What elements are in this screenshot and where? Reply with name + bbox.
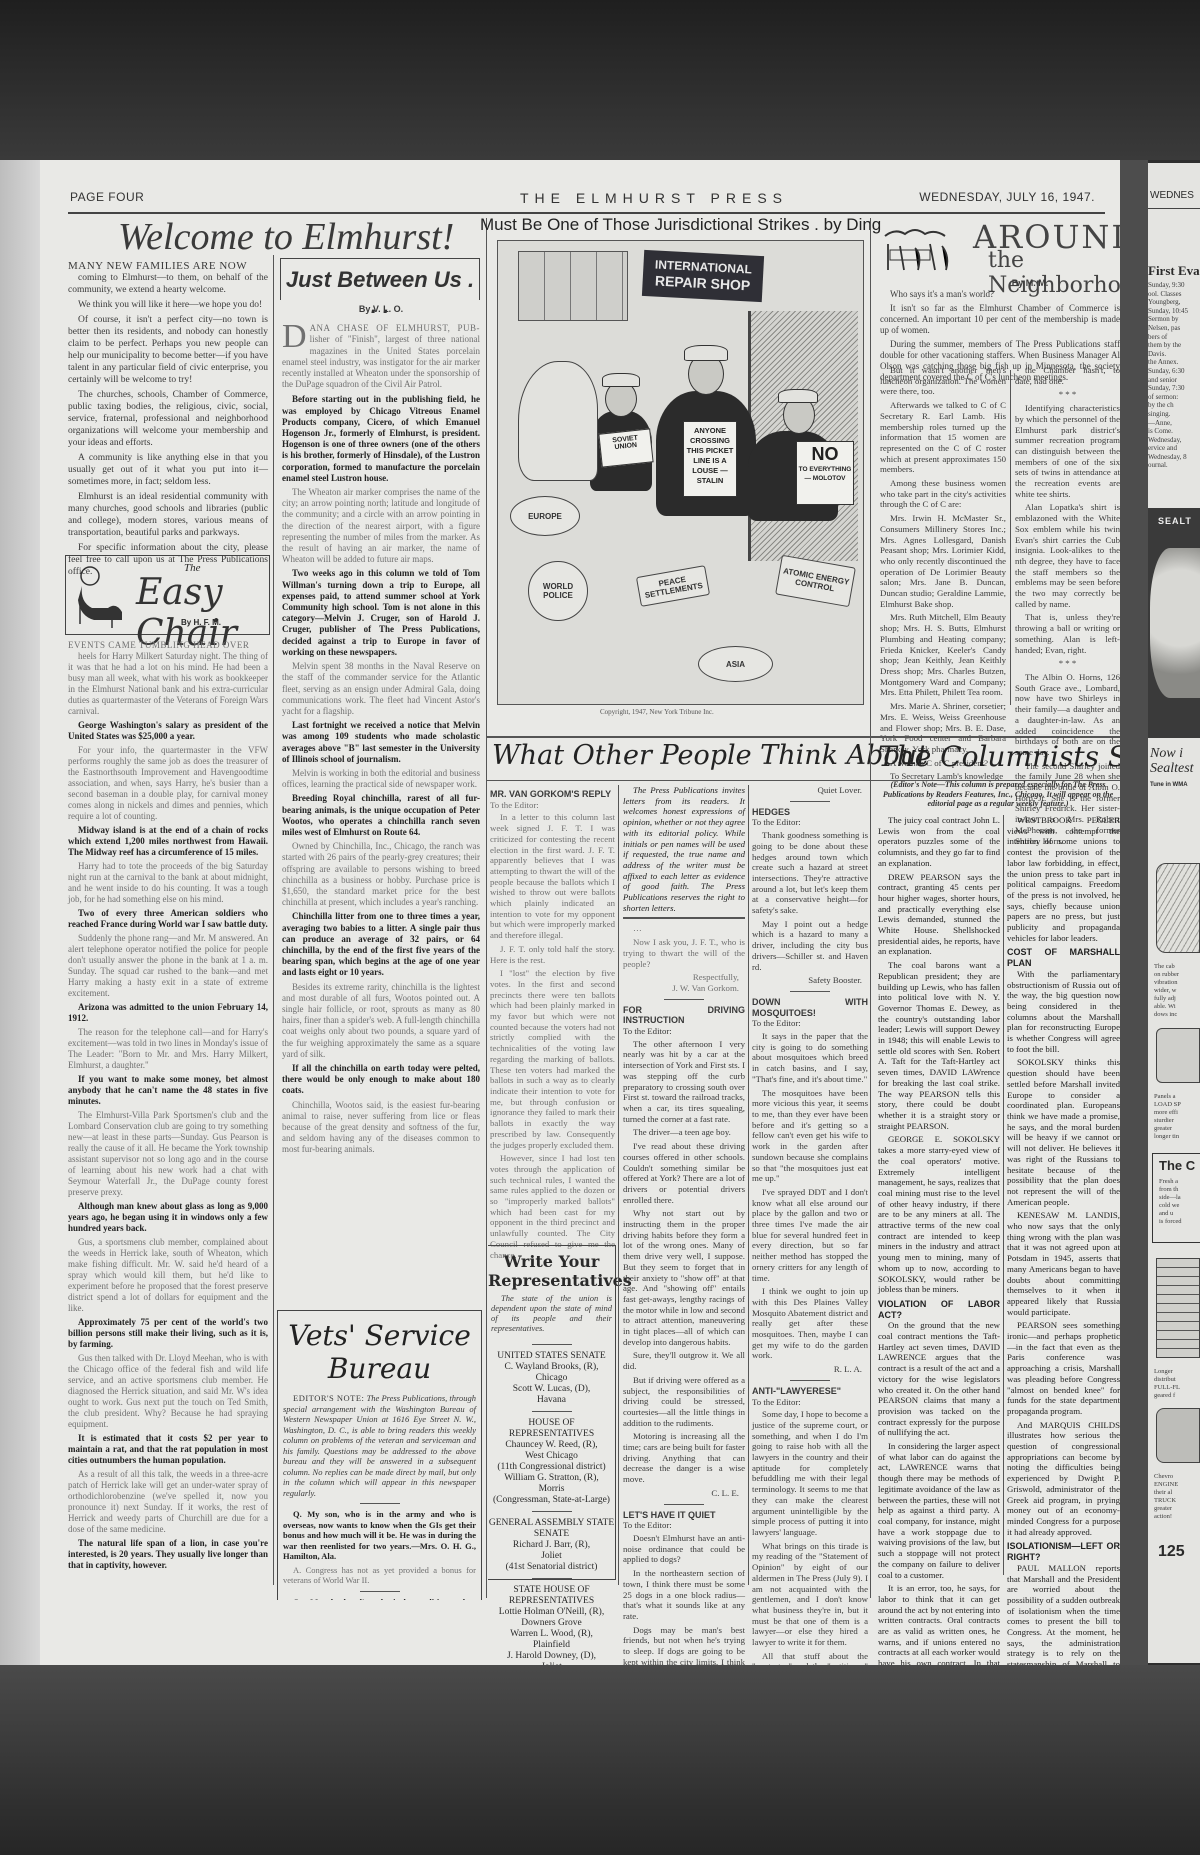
column-rule — [273, 255, 274, 1585]
columnists-right-col: WESTBROOK PEGLER views with contempt the… — [1007, 815, 1120, 1665]
item: Owned by Chinchilla, Inc., Chicago, the … — [282, 841, 480, 908]
easy-chair-icon — [72, 562, 132, 632]
page-number: PAGE FOUR — [70, 190, 144, 204]
column-rule — [870, 218, 871, 1598]
letter-signoff: Respectfully, J. W. Van Gorkom. — [623, 972, 739, 993]
repair-shop-sign: INTERNATIONAL REPAIR SHOP — [642, 250, 764, 302]
paragraph: coming to Elmhurst—to them, on behalf of… — [68, 272, 268, 296]
letter-signoff: R. L. A. — [752, 1364, 862, 1375]
vets-title: Vets' Service Bureau — [278, 1319, 481, 1385]
paragraph: It isn't so far as the Elmhurst Chamber … — [880, 303, 1120, 336]
letter-headline: MR. VAN GORKOM'S REPLY — [490, 789, 615, 800]
editorial-cartoon: INTERNATIONAL REPAIR SHOP SOVIET UNION A… — [497, 240, 864, 705]
paragraph: We think you will like it here—we hope y… — [68, 299, 268, 311]
uncle-sam-figure — [518, 361, 598, 481]
paragraph: Of course, it isn't a perfect city—no to… — [68, 314, 268, 386]
letters-col-2: The Press Publications invites letters f… — [623, 785, 745, 1665]
item: Gus, a sportsmens club member, complaine… — [68, 1237, 268, 1314]
page-gutter — [1120, 160, 1148, 1665]
item: heels for Harry Milkert Saturday night. … — [68, 651, 268, 717]
item: If all the chinchilla on earth today wer… — [282, 1063, 480, 1097]
easy-chair-header: The Easy Chair By H. F. M. — [65, 555, 270, 635]
placard-stalin: ANYONE CROSSING THIS PICKET LINE IS A LO… — [683, 421, 737, 497]
item: Suddenly the phone rang—and Mr. M answer… — [68, 933, 268, 999]
church-heading: First Evan — [1148, 263, 1200, 279]
facing-page-edge: WEDNES First Evan Sunday, 9:30 ool. Clas… — [1148, 163, 1200, 1663]
letters-policy: The Press Publications invites letters f… — [623, 785, 745, 913]
editors-note: EDITOR'S NOTE: The Press Publications, t… — [283, 1393, 476, 1498]
label-atomic-energy: ATOMIC ENERGY CONTROL — [775, 555, 856, 607]
paragraph: Mrs. Ruth Mitchell, Elm Beauty shop; Mrs… — [880, 612, 1006, 698]
item: George Washington's salary as president … — [68, 720, 268, 742]
lead: ANA CHASE OF ELMHURST, PUB- — [310, 323, 480, 333]
easy-chair-byline: By H. F. M. — [181, 618, 221, 627]
welcome-article: MANY NEW FAMILIES ARE NOW coming to Elmh… — [68, 260, 268, 581]
letters-col-3: Quiet Lover. HEDGES To the Editor: Thank… — [752, 785, 868, 1665]
columnists-headline: The Columnists Say: — [878, 740, 1120, 773]
neighborhood-sketch-icon — [880, 224, 960, 274]
item: Two weeks ago in this column we told of … — [282, 568, 480, 658]
just-between-us-header: Just Between Us . . . — [280, 258, 480, 300]
item: Before starting out in the publishing fi… — [282, 394, 480, 484]
nameplate: THE ELMHURST PRESS — [520, 190, 788, 206]
just-between-us-byline: By V. L. O. — [282, 304, 480, 315]
letters-headline: What Other People Think About — [492, 740, 928, 771]
issue-date: WEDNESDAY, JULY 16, 1947. — [919, 190, 1095, 204]
columnists-subhead: ISOLATIONISM—LEFT OR RIGHT? — [1007, 1541, 1120, 1562]
answer: A. Congress has not as yet provided a bo… — [283, 1565, 476, 1586]
column-rule — [748, 785, 749, 1585]
item: For your info, the quartermaster in the … — [68, 745, 268, 822]
letter-headline: FOR DRIVING INSTRUCTION — [623, 1005, 745, 1026]
item: Melvin spent 38 months in the Naval Rese… — [282, 661, 480, 717]
dropcap: D — [282, 323, 307, 351]
item: Chinchilla litter from one to three time… — [282, 911, 480, 978]
reps-group: STATE HOUSE OF REPRESENTATIVES Lottie Ho… — [488, 1585, 615, 1665]
item: Approximately 75 per cent of the world's… — [68, 1317, 268, 1350]
letter-headline: ANTI-"LAWYERESE" — [752, 1386, 868, 1397]
previous-page-edge — [0, 160, 40, 1665]
letter-signoff: Quiet Lover. — [752, 785, 862, 796]
around-neighborhood-left-col: But it wasn't another 'men's luncheon or… — [880, 365, 1006, 785]
easy-chair-article: EVENTS CAME TUMBLING HEAD OVER heels for… — [68, 640, 268, 1574]
around-byline: By M. M. — [940, 278, 1120, 289]
reps-title: Write Your Representatives — [488, 1252, 615, 1290]
welcome-headline: Welcome to Elmhurst! — [118, 215, 454, 259]
paragraph: Alan Lopatka's shirt is emblazoned with … — [1015, 502, 1120, 609]
paragraph: A community is like anything else in tha… — [68, 452, 268, 488]
column-rule — [486, 218, 487, 1598]
item: Gus then talked with Dr. Lloyd Meehan, w… — [68, 1353, 268, 1430]
question: Q. My husband's physical condition when … — [283, 1597, 476, 1601]
around-neighborhood-right-col: the Chamber hasn't, to date, had one. * … — [1015, 365, 1120, 849]
church-listing: Sunday, 9:30 ool. Classes Youngberg, Sun… — [1148, 281, 1200, 470]
columnists-subhead: VIOLATION OF LABOR ACT? — [878, 1299, 1000, 1320]
cartoon-copyright: Copyright, 1947, New York Tribune Inc. — [600, 708, 714, 716]
item: If you want to make some money, bet almo… — [68, 1074, 268, 1107]
scanner-background-top — [0, 0, 1200, 160]
paragraph: Identifying characteristics by which the… — [1015, 403, 1120, 499]
around-neighborhood-header: AROUND the Neighborhood — [878, 220, 1118, 278]
just-between-us-article: By V. L. O. DANA CHASE OF ELMHURST, PUB-… — [282, 300, 480, 1159]
item: Although man knew about glass as long as… — [68, 1201, 268, 1234]
reps-intro: The state of the union is dependent upon… — [491, 1293, 612, 1333]
scanner-background-bottom — [0, 1665, 1200, 1855]
vets-service-bureau: Vets' Service Bureau EDITOR'S NOTE: The … — [277, 1310, 482, 1600]
cartoon-caption: Must Be One of Those Jurisdictional Stri… — [480, 215, 881, 235]
columnists-left-col: The juicy coal contract John L. Lewis wo… — [878, 815, 1000, 1665]
paragraph: the Chamber hasn't, to date, had one. — [1015, 365, 1120, 386]
item: The Elmhurst-Villa Park Sportsmen's club… — [68, 1110, 268, 1198]
item: Midway island is at the end of a chain o… — [68, 825, 268, 858]
label-asia: ASIA — [698, 646, 773, 682]
item: Two of every three American soldiers who… — [68, 908, 268, 930]
paragraph: Among these business women who take part… — [880, 478, 1006, 510]
sealtest-ad: SEALT Now i Sealtest Tune in WMA — [1148, 508, 1200, 838]
item: Besides its extreme rarity, chinchilla i… — [282, 982, 480, 1060]
item: The natural life span of a lion, in case… — [68, 1538, 268, 1571]
letter-headline: DOWN WITH MOSQUITOES! — [752, 997, 868, 1018]
paragraph: Elmhurst is an ideal residential communi… — [68, 491, 268, 539]
placard-molotov: NO TO EVERYTHING — MOLOTOV — [796, 441, 854, 505]
welcome-lead: MANY NEW FAMILIES ARE NOW — [68, 260, 268, 272]
paragraph: Mrs. Irwin H. McMaster Sr., Consumers Mi… — [880, 513, 1006, 609]
section-rule — [486, 736, 1120, 738]
item: The reason for the telephone call—and fo… — [68, 1027, 268, 1071]
letter-headline: LET'S HAVE IT QUIET — [623, 1510, 745, 1521]
paragraph: Who says it's a man's world? — [880, 289, 1120, 300]
item: The Wheaton air marker comprises the nam… — [282, 487, 480, 565]
item: Harry had to tote the proceeds of the bi… — [68, 861, 268, 905]
divider — [360, 1503, 400, 1504]
truck-ad-callout: The C Fresh a from th side—la cold we an… — [1152, 1153, 1200, 1243]
item: Breeding Royal chinchilla, rarest of all… — [282, 793, 480, 838]
header-rule — [68, 212, 1105, 214]
divider — [360, 1591, 400, 1592]
paragraph: That is, unless they're throwing a ball … — [1015, 612, 1120, 655]
question: Q. My son, who is in the army and who is… — [283, 1509, 476, 1562]
paragraph: Afterwards we talked to C of C Secretary… — [880, 400, 1006, 475]
placard-soviet-union: SOVIET UNION — [598, 428, 653, 467]
truck-ad: The cab on rubber vibration wider, w ful… — [1148, 863, 1200, 1663]
column-rule — [1010, 370, 1011, 705]
salutation: To the Editor: — [490, 800, 615, 811]
newspaper-page: PAGE FOUR THE ELMHURST PRESS WEDNESDAY, … — [40, 160, 1120, 1665]
item: Arizona was admitted to the union Februa… — [68, 1002, 268, 1024]
letter-signoff: C. L. E. — [623, 1488, 739, 1499]
item: It is estimated that it costs $2 per yea… — [68, 1433, 268, 1466]
ad-price: 125 — [1158, 1543, 1185, 1561]
label-world-police: WORLD POLICE — [528, 561, 588, 621]
letter-headline: HEDGES — [752, 807, 868, 818]
easy-chair-lead: EVENTS CAME TUMBLING HEAD OVER — [68, 640, 268, 651]
window-icon — [518, 251, 628, 321]
column-rule — [1003, 815, 1004, 1575]
reps-group: GENERAL ASSEMBLY STATE SENATE Richard J.… — [488, 1518, 615, 1573]
item: As a result of all this talk, the weeds … — [68, 1469, 268, 1535]
paragraph: The churches, schools, Chamber of Commer… — [68, 389, 268, 449]
label-europe: EUROPE — [510, 496, 580, 536]
paragraph: But it wasn't another 'men's luncheon or… — [880, 365, 1006, 397]
stake-truck-illustration — [1156, 1258, 1200, 1358]
truck-driver-illustration — [1156, 863, 1200, 953]
column-rule — [618, 785, 619, 1585]
label-peace-settlements: PEACE SETTLEMENTS — [636, 565, 710, 607]
engine-illustration — [1156, 1408, 1200, 1463]
item: Chinchilla, Wootos said, is the easiest … — [282, 1100, 480, 1156]
facing-page-folio: WEDNES — [1150, 190, 1194, 201]
reps-group: UNITED STATES SENATE C. Wayland Brooks, … — [488, 1351, 615, 1406]
reps-group: HOUSE OF REPRESENTATIVES Chauncey W. Ree… — [488, 1418, 615, 1506]
letters-col-1: MR. VAN GORKOM'S REPLY To the Editor: In… — [490, 785, 615, 1263]
columnists-note: (Editor's Note—This column is prepared e… — [878, 780, 1118, 812]
item: lisher of "Finish", largest of three nat… — [282, 334, 480, 389]
ice-cream-illustration — [1150, 548, 1200, 698]
item: Melvin is working in both the editorial … — [282, 768, 480, 790]
columnists-subhead: COST OF MARSHALL PLAN — [1007, 947, 1120, 968]
truck-panel-illustration — [1156, 1028, 1200, 1083]
letter-signoff: Safety Booster. — [752, 975, 862, 986]
item: Last fortnight we received a notice that… — [282, 720, 480, 765]
write-your-representatives: Write Your Representatives The state of … — [488, 1245, 616, 1580]
